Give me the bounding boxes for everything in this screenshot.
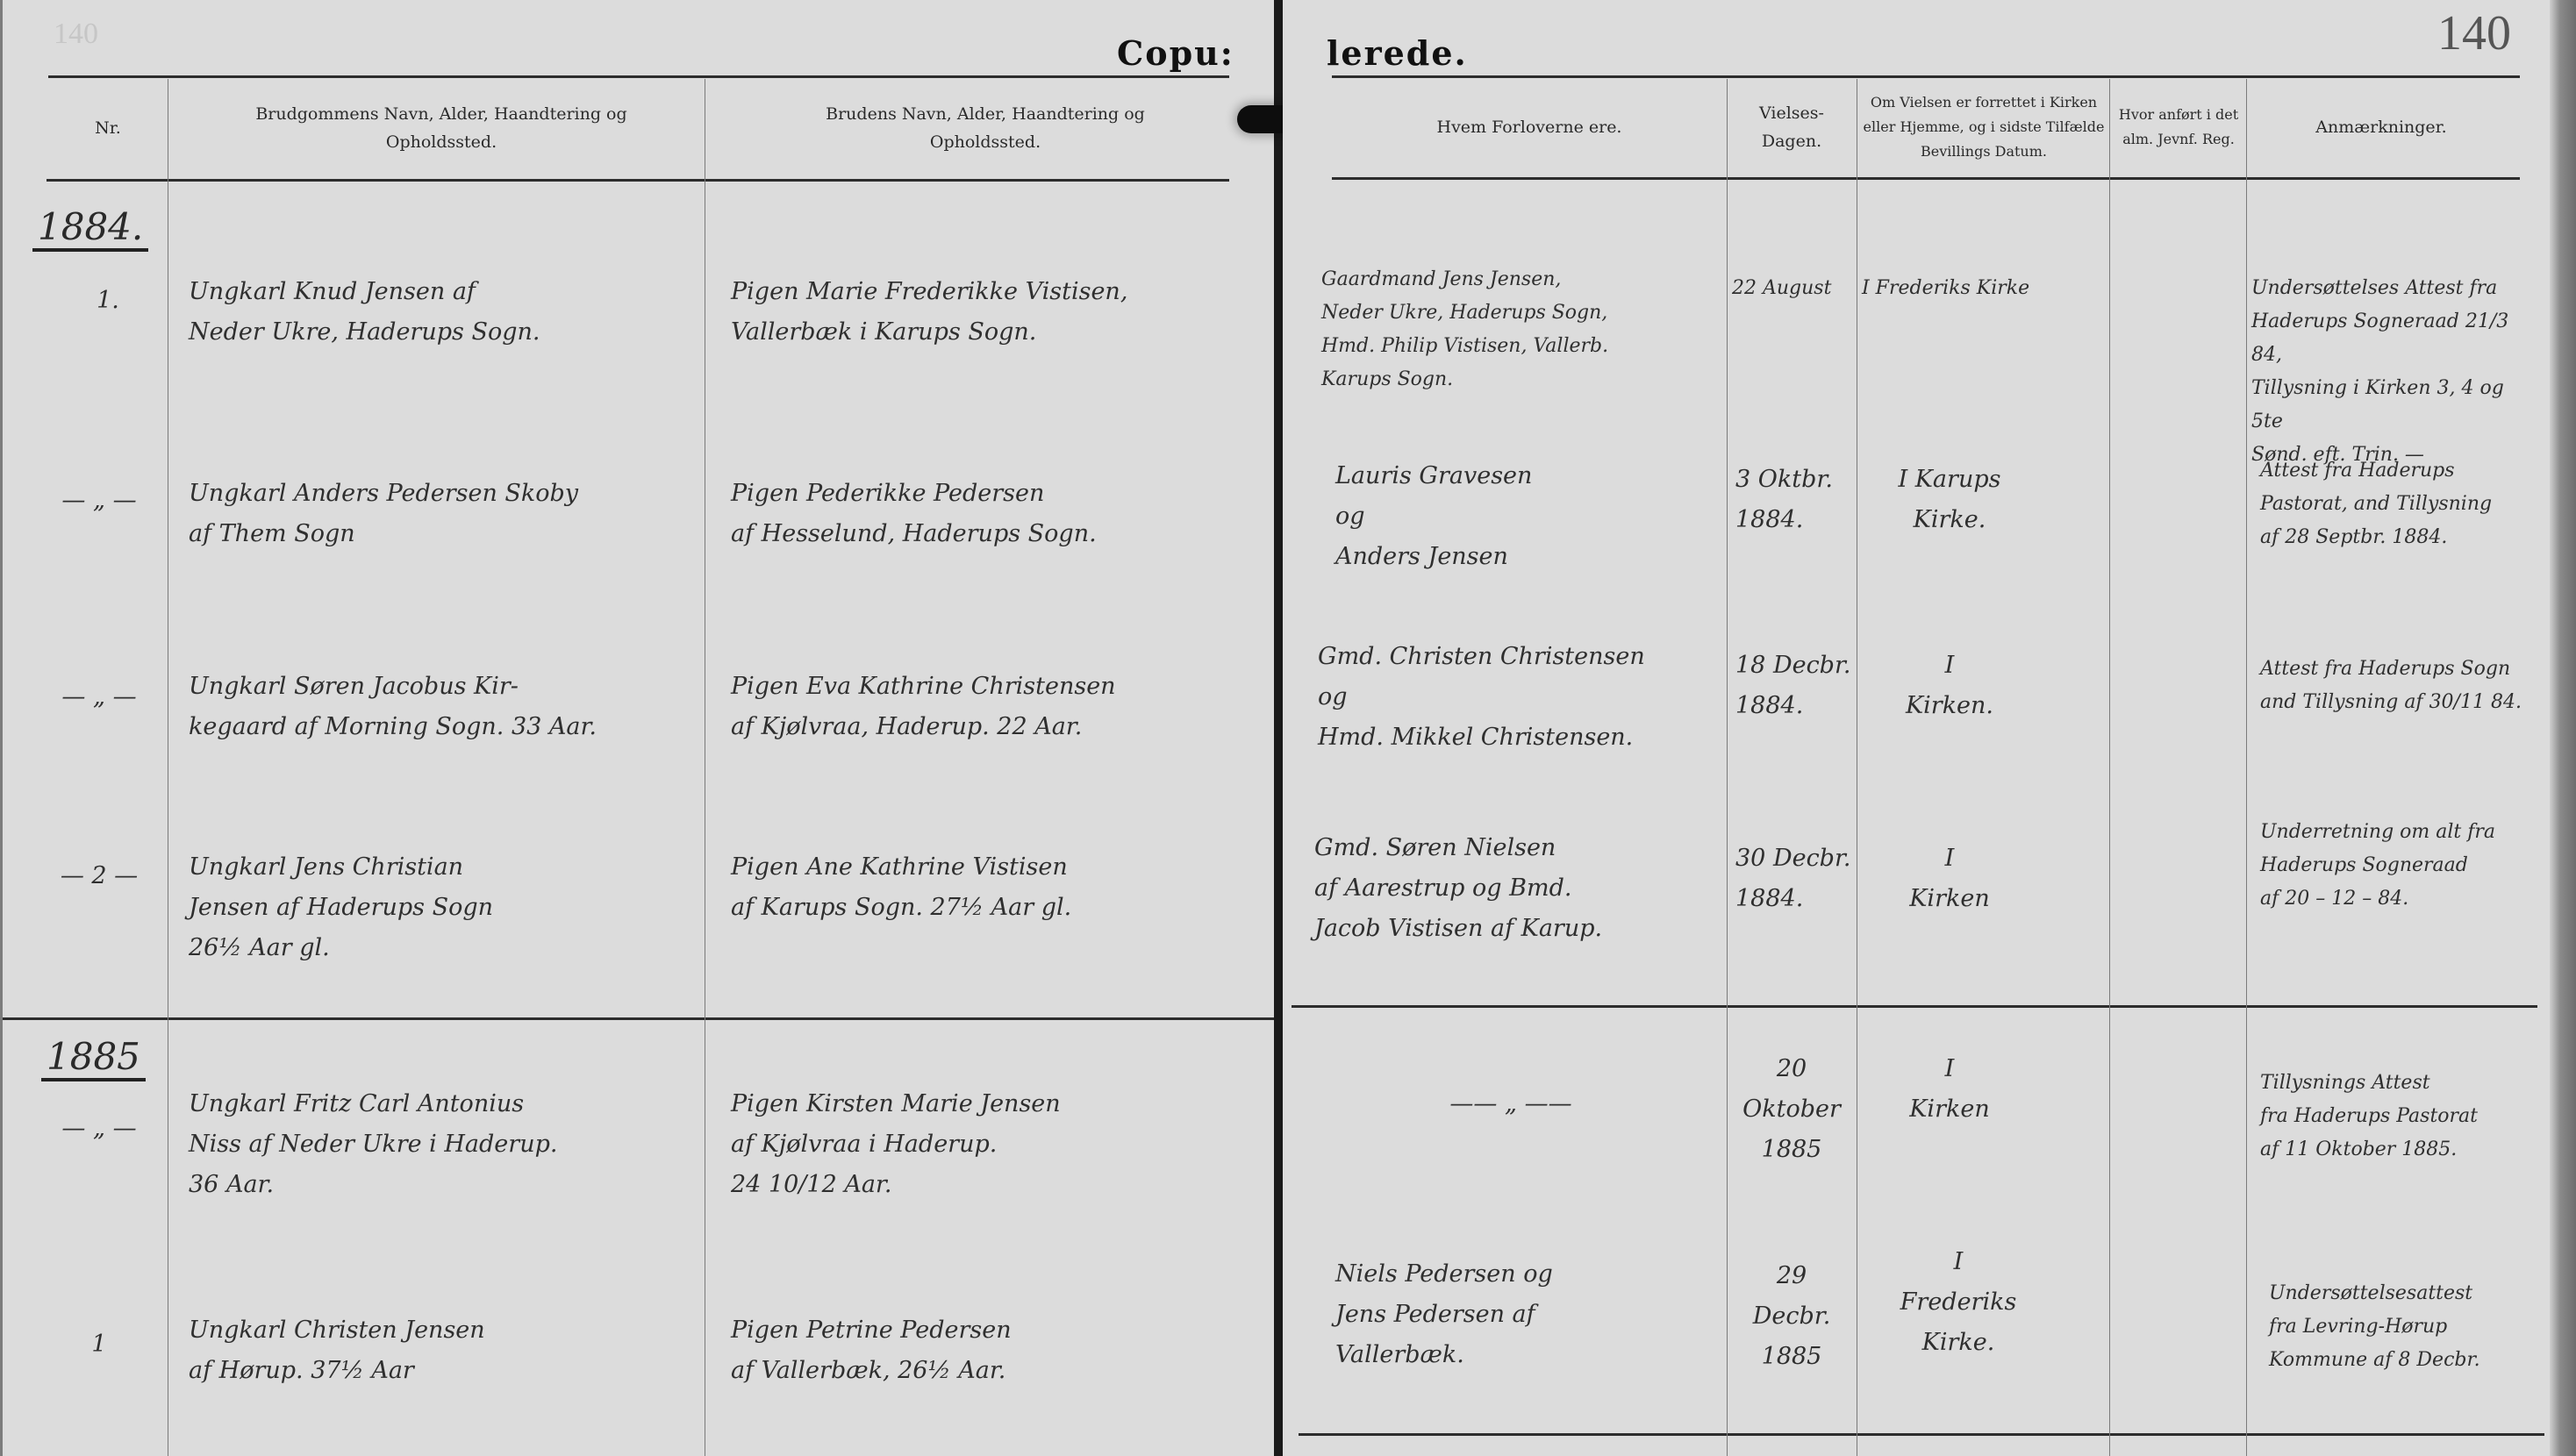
header-bottom-rule bbox=[47, 179, 1229, 182]
row-divider-rule bbox=[1299, 1433, 2544, 1436]
header-top-rule bbox=[1332, 75, 2520, 78]
column-divider bbox=[2246, 79, 2247, 1456]
entry-groom: Ungkarl Christen Jensen af Hørup. 37½ Aa… bbox=[189, 1310, 698, 1391]
entry-place: I Frederiks Kirke. bbox=[1862, 1242, 2055, 1363]
ledger-spread: 140 Copu: Nr. Brudgommens Navn, Alder, H… bbox=[0, 0, 2576, 1456]
header-register: Hvor anført i det alm. Jevnf. Reg. bbox=[2113, 79, 2244, 175]
entry-witnesses: Lauris Gravesen og Anders Jensen bbox=[1335, 456, 1721, 577]
header-top-rule bbox=[48, 75, 1229, 78]
entry-witnesses: Niels Pedersen og Jens Pedersen af Valle… bbox=[1335, 1254, 1721, 1375]
entry-nr: — „ — bbox=[38, 481, 161, 521]
column-divider bbox=[705, 79, 705, 1456]
entry-place: I Kirken bbox=[1862, 1049, 2037, 1130]
entry-nr: — „ — bbox=[38, 677, 161, 717]
entry-bride: Pigen Ane Kathrine Vistisen af Karups So… bbox=[731, 847, 1240, 928]
entry-witnesses: Gmd. Christen Christensen og Hmd. Mikkel… bbox=[1318, 637, 1721, 758]
column-divider bbox=[168, 79, 168, 1456]
entry-place: I Kirken bbox=[1862, 839, 2037, 919]
entry-nr: 1 bbox=[38, 1324, 161, 1365]
entry-bride: Pigen Petrine Pedersen af Vallerbæk, 26½… bbox=[731, 1310, 1240, 1391]
entry-groom: Ungkarl Fritz Carl Antonius Niss af Nede… bbox=[189, 1084, 698, 1205]
year-marker-1885: 1885 bbox=[41, 1035, 146, 1081]
entry-nr: — „ — bbox=[38, 1109, 161, 1149]
entry-bride: Pigen Eva Kathrine Christensen af Kjølvr… bbox=[731, 667, 1240, 747]
entry-date: 30 Decbr. 1884. bbox=[1735, 839, 1855, 919]
entry-bride: Pigen Pederikke Pedersen af Hesselund, H… bbox=[731, 474, 1240, 554]
entry-witnesses: Gaardmand Jens Jensen, Neder Ukre, Hader… bbox=[1321, 263, 1725, 396]
entry-place: I Karups Kirke. bbox=[1862, 460, 2037, 540]
entry-place: I Frederiks Kirke bbox=[1862, 272, 2107, 305]
entry-date: 18 Decbr. 1884. bbox=[1735, 646, 1855, 726]
header-remarks: Anmærkninger. bbox=[2250, 79, 2513, 175]
entry-date: 20 Oktober 1885 bbox=[1730, 1049, 1853, 1170]
entry-remarks: Undersøttelsesattest fra Levring-Hørup K… bbox=[2269, 1277, 2550, 1377]
entry-date: 22 August bbox=[1732, 272, 1855, 305]
entry-remarks: Attest fra Haderups Sogn and Tillysning … bbox=[2260, 653, 2541, 719]
header-bottom-rule bbox=[1332, 177, 2520, 180]
entry-nr: 1. bbox=[55, 281, 161, 321]
page-title-left: Copu: bbox=[1117, 33, 1234, 73]
entry-remarks: Attest fra Haderups Pastorat, and Tillys… bbox=[2260, 454, 2541, 554]
entry-bride: Pigen Kirsten Marie Jensen af Kjølvraa i… bbox=[731, 1084, 1240, 1205]
header-wedding-day: Vielses-Dagen. bbox=[1730, 79, 1853, 175]
entry-date: 29 Decbr. 1885 bbox=[1730, 1256, 1853, 1377]
year-marker-1884: 1884. bbox=[32, 205, 148, 252]
entry-remarks: Tillysnings Attest fra Haderups Pastorat… bbox=[2260, 1067, 2550, 1167]
entry-date: 3 Oktbr. 1884. bbox=[1735, 460, 1855, 540]
entry-bride: Pigen Marie Frederikke Vistisen, Vallerb… bbox=[731, 272, 1240, 353]
entry-place: I Kirken. bbox=[1862, 646, 2037, 726]
entry-remarks: Undersøttelses Attest fra Haderups Sogne… bbox=[2251, 272, 2541, 472]
folio-number: 140 bbox=[2437, 5, 2511, 61]
column-divider bbox=[2109, 79, 2110, 1456]
entry-groom: Ungkarl Jens Christian Jensen af Haderup… bbox=[189, 847, 698, 968]
column-divider bbox=[1857, 79, 1857, 1456]
entry-witnesses: —— „ —— bbox=[1318, 1084, 1704, 1124]
column-divider bbox=[1727, 79, 1728, 1456]
header-groom: Brudgommens Navn, Alder, Haandtering og … bbox=[222, 79, 661, 177]
right-page: lerede. 140 Hvem Forloverne ere. Vielses… bbox=[1283, 0, 2576, 1456]
entry-groom: Ungkarl Knud Jensen af Neder Ukre, Hader… bbox=[189, 272, 698, 353]
entry-groom: Ungkarl Søren Jacobus Kir- kegaard af Mo… bbox=[189, 667, 698, 747]
entry-nr: — 2 — bbox=[38, 856, 161, 896]
row-divider-rule bbox=[1292, 1005, 2537, 1008]
row-divider-rule bbox=[3, 1017, 1275, 1020]
left-page: 140 Copu: Nr. Brudgommens Navn, Alder, H… bbox=[0, 0, 1279, 1456]
header-place: Om Vielsen er forrettet i Kirken eller H… bbox=[1860, 79, 2107, 175]
header-witnesses: Hvem Forloverne ere. bbox=[1332, 79, 1727, 175]
faint-folio-number: 140 bbox=[54, 18, 98, 51]
header-nr: Nr. bbox=[48, 79, 168, 177]
entry-witnesses: Gmd. Søren Nielsen af Aarestrup og Bmd. … bbox=[1314, 828, 1727, 949]
entry-remarks: Underretning om alt fra Haderups Sognera… bbox=[2260, 816, 2541, 916]
header-bride: Brudens Navn, Alder, Haandtering og Opho… bbox=[775, 79, 1196, 177]
page-title-right: lerede. bbox=[1327, 33, 1468, 73]
entry-groom: Ungkarl Anders Pedersen Skoby af Them So… bbox=[189, 474, 698, 554]
